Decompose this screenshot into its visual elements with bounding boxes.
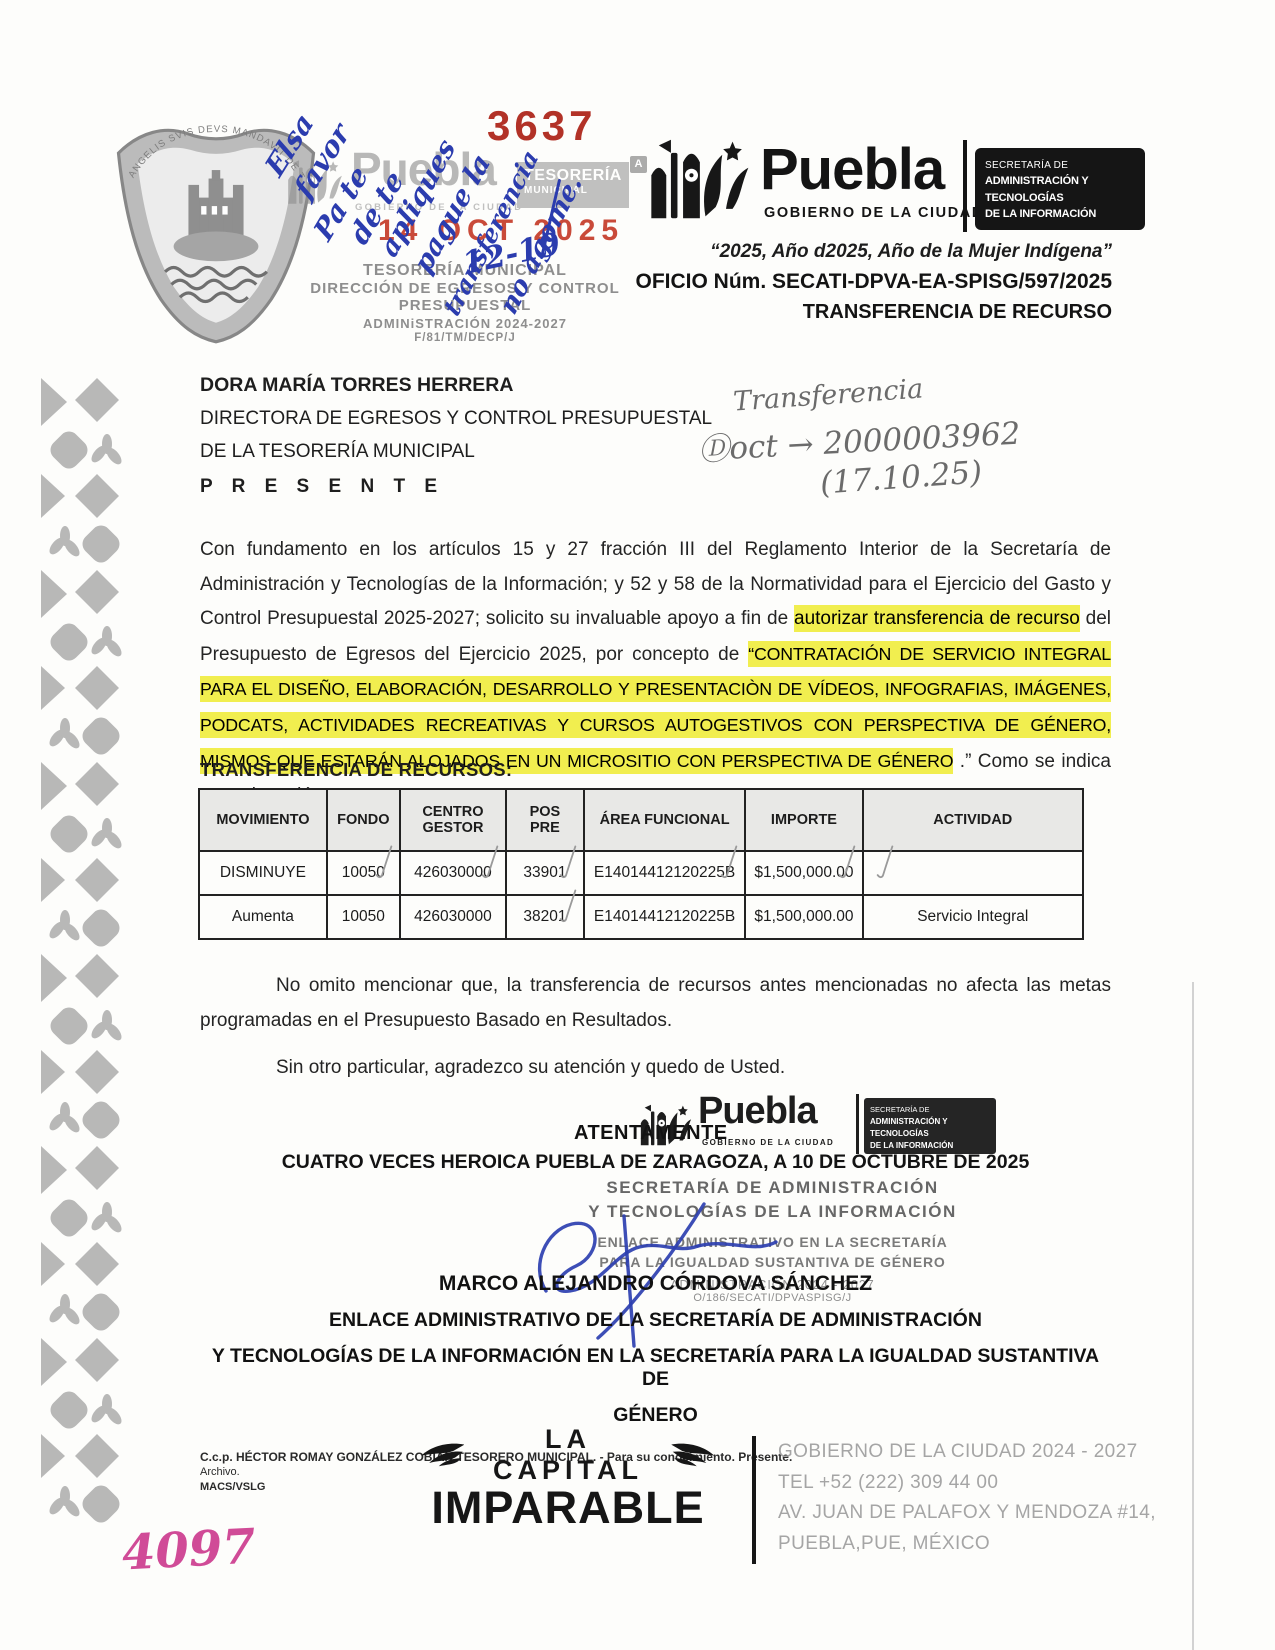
cell-value: DISMINUYE: [220, 864, 306, 881]
table-cell: $1,500,000.00: [745, 851, 862, 895]
document-subject: TRANSFERENCIA DE RECURSO: [560, 301, 1112, 324]
stamp-brand-sub: GOBIERNO DE LA CIUDAD: [702, 1138, 834, 1147]
footer-contact-block: GOBIERNO DE LA CIUDAD 2024 - 2027 TEL +5…: [778, 1437, 1156, 1559]
cell-value: Servicio Integral: [917, 908, 1028, 925]
table-header-row: MOVIMIENTOFONDOCENTRO GESTORPOS PREÁREA …: [199, 789, 1083, 851]
capital-logo-bottom: IMPARABLE: [418, 1482, 718, 1534]
signer-name: MARCO ALEJANDRO CÓRDOVA SÁNCHEZ: [200, 1272, 1111, 1296]
table-cell: Servicio Integral: [863, 895, 1083, 939]
cell-value: 426030000: [414, 908, 492, 925]
oficio-number: OFICIO Núm. SECATI-DPVA-EA-SPISG/597/202…: [560, 270, 1112, 294]
logo-divider-bar: [963, 140, 967, 232]
table-cell: 426030000: [400, 851, 506, 895]
cell-value: 426030000: [414, 864, 492, 881]
table-cell: [863, 851, 1083, 895]
secretaria-box-line2: ADMINISTRACIÓN Y TECNOLOGÍAS: [985, 173, 1135, 206]
presente-label: P R E S E N T E: [200, 470, 712, 503]
signer-title-3: GÉNERO: [200, 1404, 1111, 1427]
cell-value: 10050: [342, 908, 385, 925]
talavera-border-pattern: [40, 374, 126, 1544]
cell-value: $1,500,000.00: [754, 908, 853, 925]
table-cell: 10050: [327, 851, 400, 895]
table-header-cell: FONDO: [327, 789, 400, 851]
signer-block: MARCO ALEJANDRO CÓRDOVA SÁNCHEZ ENLACE A…: [200, 1272, 1111, 1427]
addressee-block: DORA MARÍA TORRES HERRERA DIRECTORA DE E…: [200, 369, 712, 503]
table-header-cell: ACTIVIDAD: [863, 789, 1083, 851]
closing-paragraph-1: No omito mencionar que, la transferencia…: [200, 969, 1111, 1038]
table-cell: 10050: [327, 895, 400, 939]
cell-value: 38201: [523, 908, 566, 925]
table-cell: 38201: [506, 895, 584, 939]
pink-handwritten-folio: 4097: [121, 1519, 257, 1582]
gobierno-subtitle: GOBIERNO DE LA CIUDAD: [764, 205, 984, 221]
puebla-logo-icon: [642, 132, 754, 226]
table-row: Aumenta1005042603000038201E1401441212022…: [199, 895, 1083, 939]
table-cell: DISMINUYE: [199, 851, 327, 895]
addressee-title-1: DIRECTORA DE EGRESOS Y CONTROL PRESUPUES…: [200, 402, 712, 435]
highlighted-text: autorizar transferencia de recurso: [794, 605, 1080, 632]
stamp-brand: Puebla: [698, 1090, 817, 1133]
stamp-line: ADMINiSTRACIÓN 2024-2027: [298, 316, 632, 331]
table-cell: 426030000: [400, 895, 506, 939]
cell-value: E14014412120225B: [594, 908, 735, 925]
table-header-cell: CENTRO GESTOR: [400, 789, 506, 851]
table-cell: 33901: [506, 851, 584, 895]
signer-title-2: Y TECNOLOGÍAS DE LA INFORMACIÓN EN LA SE…: [200, 1345, 1111, 1391]
right-wing-icon: [672, 1441, 718, 1469]
footer-line: PUEBLA,PUE, MÉXICO: [778, 1529, 1156, 1560]
pencil-note-line1: Transferencia: [732, 373, 924, 417]
stamp-divider-bar: [856, 1094, 859, 1154]
stamp-box-line1: SECRETARÍA DE: [870, 1104, 990, 1116]
footer-line: TEL +52 (222) 309 44 00: [778, 1468, 1156, 1499]
year-motto-quote: “2025, Año d2025, Año de la Mujer Indíge…: [560, 241, 1112, 263]
stamp-secretaria-box: SECRETARÍA DE ADMINISTRACIÓN Y TECNOLOGÍ…: [864, 1098, 996, 1154]
addressee-title-2: DE LA TESORERÍA MUNICIPAL: [200, 435, 712, 468]
footer-line: AV. JUAN DE PALAFOX Y MENDOZA #14,: [778, 1498, 1156, 1529]
table-section-label: TRANSFERENCIA DE RECURSOS:: [200, 759, 512, 781]
stamp-line: F/81/TM/DECP/J: [298, 332, 632, 344]
footer-divider-bar: [752, 1436, 756, 1564]
cell-value: Aumenta: [232, 908, 294, 925]
secretaria-box-line3: DE LA INFORMACIÓN: [985, 206, 1135, 223]
transfer-table: MOVIMIENTOFONDOCENTRO GESTORPOS PREÁREA …: [198, 788, 1084, 940]
table-header-cell: MOVIMIENTO: [199, 789, 327, 851]
closing-paragraph-2: Sin otro particular, agradezco su atenci…: [200, 1057, 1111, 1079]
scan-edge-line: [1192, 982, 1194, 1650]
cell-value: 10050: [342, 864, 385, 881]
puebla-wordmark: Puebla: [760, 136, 944, 203]
footer-line: GOBIERNO DE LA CIUDAD 2024 - 2027: [778, 1437, 1156, 1468]
addressee-name: DORA MARÍA TORRES HERRERA: [200, 369, 712, 402]
scanned-letter-page: ANGELIS SVIS DEVS MANDAVIT DE TE VT CVST…: [0, 0, 1275, 1650]
secretaria-box: SECRETARÍA DE ADMINISTRACIÓN Y TECNOLOGÍ…: [975, 148, 1145, 230]
stamp-box-line2: ADMINISTRACIÓN Y TECNOLOGÍAS: [870, 1116, 990, 1141]
capital-imparable-logo: LA CAPITAL IMPARABLE: [418, 1424, 718, 1534]
secretaria-box-line1: SECRETARÍA DE: [985, 158, 1135, 173]
table-cell: Aumenta: [199, 895, 327, 939]
left-wing-icon: [418, 1441, 464, 1469]
cell-value: E14014412120225B: [594, 864, 735, 881]
secretaria-ink-stamp: Puebla GOBIERNO DE LA CIUDAD SECRETARÍA …: [636, 1086, 996, 1164]
table-cell: E14014412120225B: [584, 895, 746, 939]
capital-logo-top: LA CAPITAL: [470, 1424, 667, 1486]
red-folio-stamp: 3637: [487, 102, 596, 150]
stamp-box-line3: DE LA INFORMACIÓN: [870, 1140, 990, 1152]
table-row: DISMINUYE1005042603000033901E14014412120…: [199, 851, 1083, 895]
table-header-cell: POS PRE: [506, 789, 584, 851]
table-header-cell: ÁREA FUNCIONAL: [584, 789, 746, 851]
puebla-logo-icon: [636, 1088, 694, 1162]
cell-value: 33901: [523, 864, 566, 881]
signer-title-1: ENLACE ADMINISTRATIVO DE LA SECRETARÍA D…: [200, 1309, 1111, 1332]
table-cell: $1,500,000.00: [745, 895, 862, 939]
table-cell: E14014412120225B: [584, 851, 746, 895]
table-header-cell: IMPORTE: [745, 789, 862, 851]
cell-value: $1,500,000.00: [754, 864, 853, 881]
